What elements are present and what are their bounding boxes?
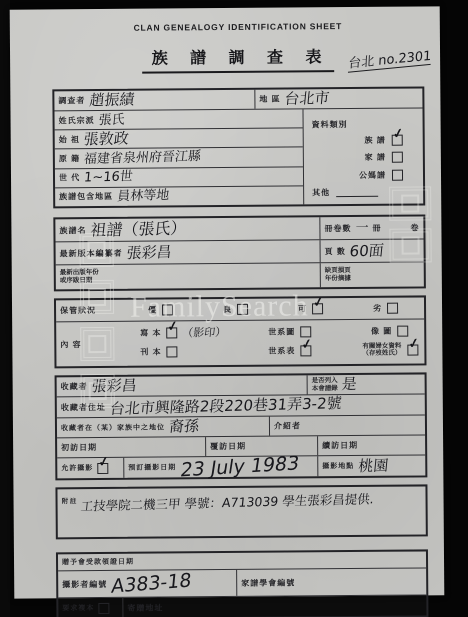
condition-label-cell: 保管狀況	[56, 300, 134, 322]
poor-checkbox	[387, 303, 398, 314]
pages-value: 60面	[349, 243, 385, 259]
clan-label: 姓氏宗派	[59, 115, 95, 126]
condition-option-fair: 可 ✓	[298, 303, 323, 314]
origin-value: 福建省泉州府晉江縣	[83, 150, 201, 166]
category-option-jiapu: 家 譜	[310, 149, 417, 167]
first-ancestor-row: 始 祖 張敦政	[55, 128, 303, 149]
surveyor-cell: 調查者 趙振績	[54, 90, 254, 111]
lineage-chart-label: 世系圖	[268, 326, 295, 337]
send-address-cell: 寄贈地址	[122, 595, 426, 617]
photo-permit-checkmark: ✓	[97, 454, 110, 469]
volumes-value: 一	[355, 221, 369, 234]
lineage-table-label: 世系表	[268, 345, 295, 356]
photographer-number-value: A383-18	[110, 571, 192, 596]
receipt-date-label: 贈予會受款領證日期	[62, 557, 134, 568]
condition-content-table: 保管狀況 優 良 可 ✓ 劣	[54, 295, 427, 368]
holder-cell: 收藏者 張彩昌	[57, 375, 307, 396]
first-ancestor-value: 張敦政	[83, 131, 129, 147]
first-visit-cell: 初訪日期	[57, 437, 205, 457]
lineage-table-checkbox: ✓	[300, 345, 311, 356]
portraits-label: 像 圖	[371, 326, 392, 337]
content-option-manuscript: 寫 本 ✓ （影印）	[140, 327, 268, 339]
good-label: 良	[223, 304, 232, 315]
missing-pages-label-line1: 缺頁損頁	[325, 267, 351, 275]
gongmapu-label: 公媽譜	[359, 169, 386, 180]
category-option-other: 其他	[310, 183, 417, 201]
photo-date-label: 預訂攝影日期	[128, 462, 176, 472]
holder-address-cell: 收藏者住址 台北市興隆路2段220巷31弄3-2號	[57, 394, 425, 417]
holder-table: 收藏者 張彩昌 是否列入 本會譜錄 是 收藏者住址 台北市興隆路2段220巷31…	[55, 372, 428, 480]
introducer-label: 介紹者	[274, 420, 301, 431]
title-block: 族 譜 調 查 表 台北 no.2301	[142, 44, 335, 74]
gongmapu-checkbox	[392, 169, 403, 180]
missing-pages-cell: 缺頁損頁 年份摘據	[320, 262, 424, 287]
edition-table: 族譜名 祖譜（張氏） 冊卷數 一 冊 卷 最新版本編纂者 張彩昌 頁 數 60面	[53, 214, 426, 291]
generations-label: 世 代	[59, 172, 80, 183]
content-option-lineage-table: 世系表 ✓	[268, 345, 360, 357]
zupu-checkbox: ✓	[392, 135, 403, 146]
area-value: 台北市	[284, 91, 330, 107]
first-visit-label: 初訪日期	[61, 442, 97, 453]
followup-visit-cell: 續訪日期	[317, 435, 425, 455]
form-title: 族 譜 調 查 表	[142, 44, 335, 74]
print-checkbox	[167, 346, 178, 357]
fair-checkbox: ✓	[312, 303, 323, 314]
holder-address-value: 台北市興隆路2段220巷31弄3-2號	[109, 396, 342, 417]
zupu-checkmark: ✓	[392, 126, 405, 141]
scan-background: CLAN GENEALOGY IDENTIFICATION SHEET 族 譜 …	[0, 0, 468, 617]
coverage-label: 族譜包含地區	[59, 191, 113, 202]
clan-detail-column: 姓氏宗派 張氏 始 祖 張敦政 原 籍 福建省泉州府晉江縣 世 代 1~16世 …	[54, 109, 303, 206]
lineage-table-checkmark: ✓	[300, 336, 313, 351]
note-label: 附 註	[62, 498, 77, 506]
pages-cell: 頁 數 60面	[320, 239, 424, 262]
revisit-label: 覆訪日期	[210, 441, 246, 452]
manuscript-label: 寫 本	[140, 327, 161, 338]
scanned-form-page: CLAN GENEALOGY IDENTIFICATION SHEET 族 譜 …	[10, 6, 445, 598]
portraits-checkbox	[397, 325, 408, 336]
excellent-label: 優	[148, 305, 157, 316]
main-info-table: 調查者 趙振績 地 區 台北市 姓氏宗派 張氏 始 祖 張敦政 原 籍	[52, 86, 425, 208]
genealogy-title-cell: 族譜名 祖譜（張氏）	[55, 217, 319, 241]
photographer-number-cell: 攝影者編號 A383-18	[58, 570, 236, 597]
generations-value: 1~16世	[84, 170, 134, 184]
copy-request-label: 要求複本	[62, 603, 94, 613]
photo-permit-cell: 允許攝影 ✓	[57, 458, 123, 479]
compiler-value: 張彩昌	[126, 245, 172, 261]
listed-label-line1: 是否列入	[312, 377, 338, 385]
society-number-label: 家譜學會編號	[241, 577, 295, 588]
content-options-line2: 刊 本 世系表 ✓ 有關婦女資料 （存歿姓氏） ✓	[140, 342, 418, 360]
content-option-women-data: 有關婦女資料 （存歿姓氏） ✓	[362, 342, 418, 358]
document-number: 台北 no.2301	[348, 50, 432, 73]
generations-row: 世 代 1~16世	[55, 166, 303, 187]
society-number-cell: 家譜學會編號	[236, 568, 426, 595]
jiapu-checkbox	[392, 152, 403, 163]
area-label: 地 區	[259, 94, 280, 105]
area-cell: 地 區 台北市	[254, 88, 422, 108]
volumes-unit-ce: 冊	[372, 222, 381, 233]
category-option-gongmapu: 公媽譜	[310, 166, 417, 184]
manuscript-note: （影印）	[182, 326, 227, 338]
followup-visit-label: 續訪日期	[322, 440, 358, 451]
manuscript-checkmark: ✓	[166, 318, 179, 333]
content-option-print: 刊 本	[140, 346, 268, 358]
holder-label: 收藏者	[61, 381, 88, 392]
category-header: 資料類別	[312, 120, 348, 129]
content-label: 內 容	[60, 339, 81, 350]
compiler-cell: 最新版本編纂者 張彩昌	[56, 240, 320, 264]
photographer-number-label: 攝影者編號	[62, 578, 107, 589]
genealogy-title-label: 族譜名	[59, 225, 86, 236]
numbering-table: 贈予會受款領證日期 攝影者編號 A383-18 家譜學會編號 要求複本 寄贈地址	[56, 549, 429, 617]
coverage-row: 族譜包含地區 員林等地	[55, 185, 303, 206]
photo-permit-label: 允許攝影	[61, 463, 93, 473]
pages-label: 頁 數	[325, 246, 346, 257]
content-label-cell: 內 容	[56, 322, 134, 367]
sheet-header: CLAN GENEALOGY IDENTIFICATION SHEET	[52, 20, 424, 33]
condition-option-good: 良	[223, 304, 248, 315]
holder-value: 張彩昌	[91, 378, 137, 394]
condition-option-poor: 劣	[373, 303, 398, 314]
photo-place-value: 桃園	[358, 458, 389, 474]
volumes-label: 冊卷數	[324, 223, 351, 234]
fair-label: 可	[298, 303, 307, 314]
listed-label-line2: 本會譜錄	[312, 385, 338, 393]
women-data-checkmark: ✓	[407, 335, 420, 350]
origin-row: 原 籍 福建省泉州府晉江縣	[55, 147, 303, 168]
content-options-line1: 寫 本 ✓ （影印） 世系圖 像 圖	[140, 325, 418, 338]
other-label: 其他	[312, 187, 330, 198]
note-table: 附 註 工技學院二機三甲 學號：A713039 學生張彩昌提供.	[55, 484, 427, 539]
origin-label: 原 籍	[59, 153, 80, 164]
clan-value: 張氏	[98, 113, 125, 127]
good-checkbox	[237, 304, 248, 315]
publication-date-label-line2: 或序跋日期	[60, 277, 99, 285]
form-content: CLAN GENEALOGY IDENTIFICATION SHEET 族 譜 …	[52, 20, 429, 617]
jiapu-label: 家 譜	[365, 152, 386, 163]
holder-position-value: 裔孫	[168, 419, 199, 435]
condition-label: 保管狀況	[60, 305, 96, 316]
receipt-date-cell: 贈予會受款領證日期	[58, 554, 142, 571]
condition-options: 優 良 可 ✓ 劣	[134, 297, 424, 320]
condition-option-excellent: 優	[148, 304, 173, 315]
women-data-label-line2: （存歿姓氏）	[362, 350, 401, 358]
publication-date-cell: 最新出版年份 或序跋日期	[56, 263, 320, 289]
listed-value: 是	[341, 377, 357, 392]
other-blank-line	[336, 188, 378, 197]
photo-permit-checkbox: ✓	[97, 462, 108, 473]
coverage-value: 員林等地	[117, 189, 170, 203]
introducer-cell: 介紹者	[269, 415, 425, 435]
content-option-lineage-chart: 世系圖	[268, 326, 360, 338]
manuscript-checkbox: ✓	[166, 327, 177, 338]
volumes-unit-juan: 卷	[410, 222, 419, 233]
volumes-cell: 冊卷數 一 冊 卷	[319, 216, 423, 239]
content-options: 寫 本 ✓ （影印） 世系圖 像 圖	[134, 319, 424, 365]
fair-checkmark: ✓	[312, 294, 325, 309]
photo-date-value: 23 July 1983	[179, 454, 300, 480]
photo-place-label: 攝影地點	[322, 461, 354, 471]
send-address-label: 寄贈地址	[127, 602, 163, 613]
compiler-label: 最新版本編纂者	[60, 247, 123, 258]
surveyor-label: 調查者	[58, 95, 85, 106]
surveyor-value: 趙振績	[89, 92, 135, 108]
copy-request-checkbox	[98, 602, 109, 613]
poor-label: 劣	[373, 303, 382, 314]
holder-address-label: 收藏者住址	[61, 401, 106, 412]
note-cell: 附 註 工技學院二機三甲 學號：A713039 學生張彩昌提供.	[57, 486, 425, 537]
first-ancestor-label: 始 祖	[59, 134, 80, 145]
print-label: 刊 本	[140, 346, 161, 357]
copy-request-cell: 要求複本	[58, 598, 122, 617]
photo-place-cell: 攝影地點 桃園	[317, 455, 425, 476]
genealogy-title-value: 祖譜（張氏）	[90, 220, 188, 238]
excellent-checkbox	[162, 304, 173, 315]
women-data-checkbox: ✓	[407, 344, 418, 355]
zupu-label: 族 譜	[364, 135, 385, 146]
holder-position-label: 收藏者在（某）家族中之地位	[61, 422, 165, 433]
category-option-zupu: 族 譜 ✓	[310, 132, 417, 150]
clan-row: 姓氏宗派 張氏	[54, 109, 302, 129]
note-value: 工技學院二機三甲 學號：A713039 學生張彩昌提供.	[80, 490, 375, 515]
missing-pages-label-line2: 年份摘據	[325, 275, 351, 283]
holder-position-cell: 收藏者在（某）家族中之地位 裔孫	[57, 417, 269, 438]
listed-cell: 是否列入 本會譜錄 是	[307, 374, 425, 394]
category-column: 資料類別 族 譜 ✓ 家 譜 公媽譜 其他	[302, 108, 423, 204]
photo-date-cell: 預訂攝影日期 23 July 1983	[123, 456, 317, 478]
